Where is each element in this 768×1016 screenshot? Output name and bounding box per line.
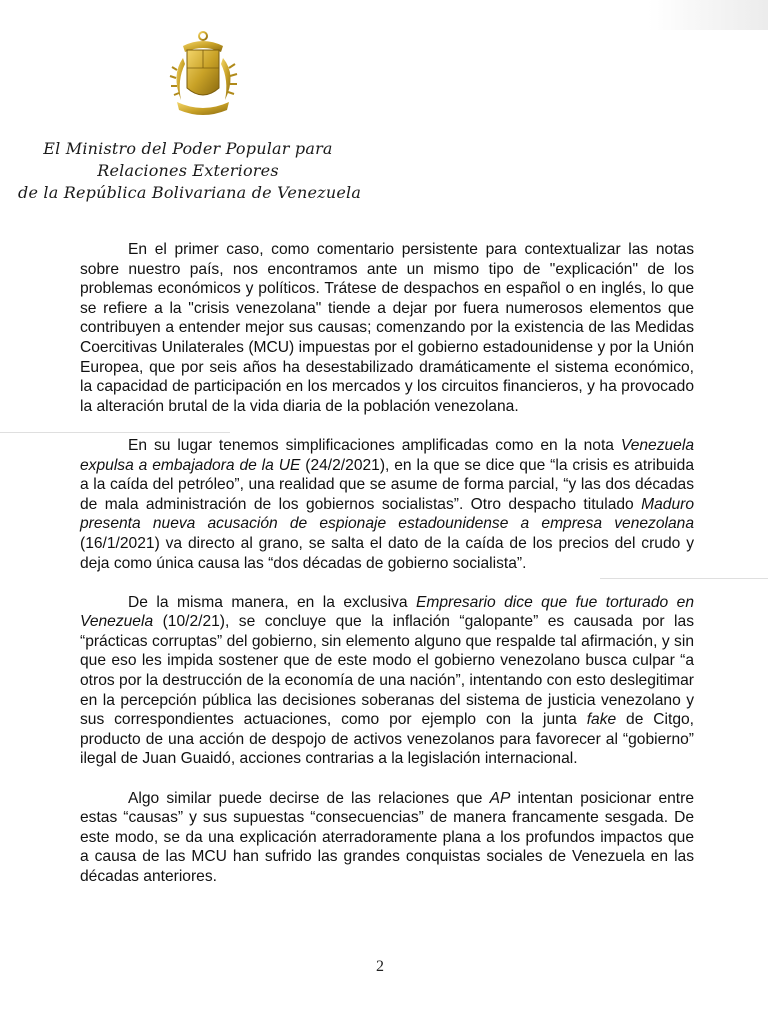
coat-of-arms-icon bbox=[163, 30, 243, 122]
page-number: 2 bbox=[360, 958, 400, 976]
italic-term: fake bbox=[587, 711, 616, 728]
paragraph-2: En su lugar tenemos simplificaciones amp… bbox=[80, 436, 694, 573]
letterhead-line-1: El Ministro del Poder Popular para bbox=[18, 138, 358, 160]
paragraph-3: De la misma manera, en la exclusiva Empr… bbox=[80, 593, 694, 769]
document-body: En el primer caso, como comentario persi… bbox=[80, 240, 694, 906]
paragraph-1: En el primer caso, como comentario persi… bbox=[80, 240, 694, 416]
paragraph-text: De la misma manera, en la exclusiva bbox=[128, 594, 416, 611]
paragraph-text: En el primer caso, como comentario persi… bbox=[80, 241, 694, 415]
scan-shadow bbox=[648, 0, 768, 30]
paragraph-text: (16/1/2021) va directo al grano, se salt… bbox=[80, 535, 694, 572]
letterhead-line-3: de la República Bolivariana de Venezuela bbox=[18, 182, 358, 204]
paragraph-4: Algo similar puede decirse de las relaci… bbox=[80, 789, 694, 887]
letterhead: El Ministro del Poder Popular para Relac… bbox=[18, 138, 358, 204]
paragraph-text: En su lugar tenemos simplificaciones amp… bbox=[128, 437, 621, 454]
document-page: El Ministro del Poder Popular para Relac… bbox=[0, 0, 768, 1016]
letterhead-line-2: Relaciones Exteriores bbox=[18, 160, 358, 182]
italic-term: AP bbox=[490, 790, 511, 807]
paragraph-text: Algo similar puede decirse de las relaci… bbox=[128, 790, 490, 807]
